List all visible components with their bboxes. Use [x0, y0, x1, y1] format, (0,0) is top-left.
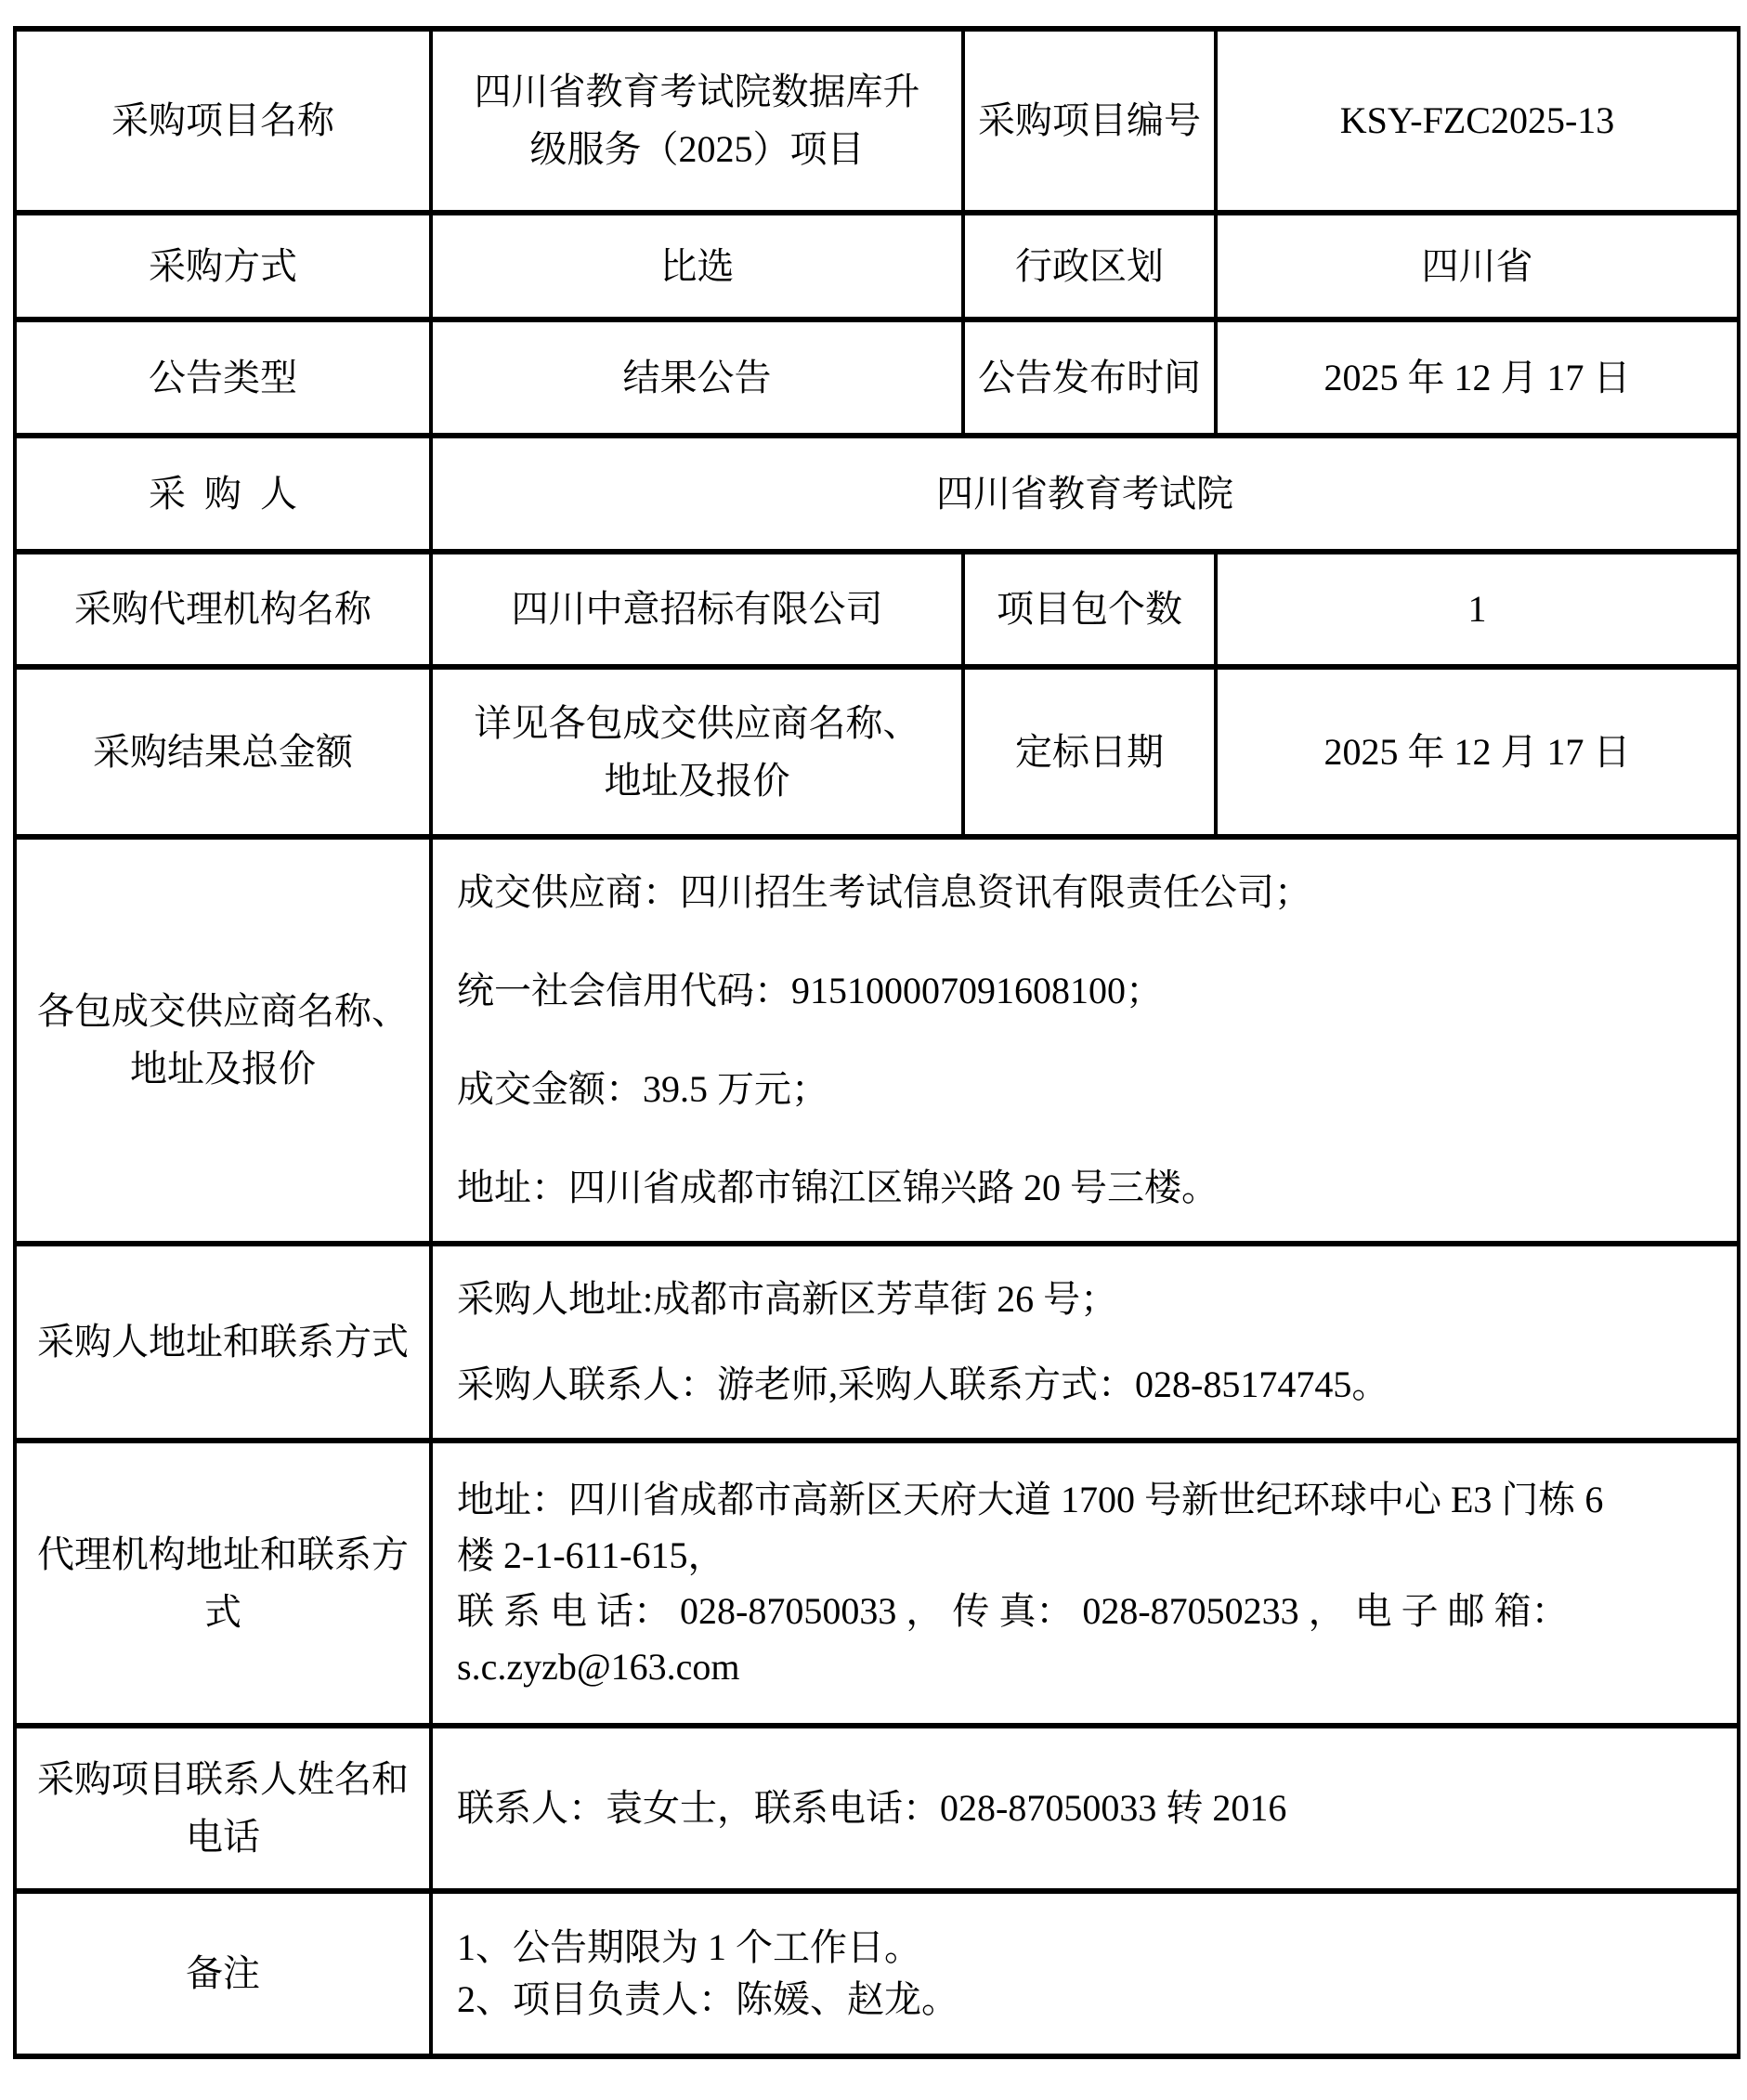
- table-row-announcement-type: 公告类型 结果公告 公告发布时间 2025 年 12 月 17 日: [15, 320, 1739, 436]
- detail-paragraph-amount: 成交金额：39.5 万元；: [457, 1067, 1718, 1112]
- field-label-package-count: 项目包个数: [963, 552, 1216, 667]
- field-value-project-number: KSY-FZC2025-13: [1216, 29, 1739, 213]
- table-row-winning-suppliers: 各包成交供应商名称、 地址及报价 成交供应商：四川招生考试信息资讯有限责任公司；…: [15, 837, 1739, 1244]
- field-label-agency-name: 采购代理机构名称: [15, 552, 431, 667]
- field-value-purchaser-contact: 采购人地址:成都市高新区芳草街 26 号； 采购人联系人：游老师,采购人联系方式…: [431, 1244, 1739, 1441]
- table-row-remarks: 备注 1、公告期限为 1 个工作日。 2、项目负责人：陈媛、赵龙。: [15, 1891, 1739, 2056]
- field-value-procurement-method: 比选: [431, 213, 963, 320]
- table-row-project-name: 采购项目名称 四川省教育考试院数据库升 级服务（2025）项目 采购项目编号 K…: [15, 29, 1739, 213]
- field-label-award-date: 定标日期: [963, 667, 1216, 837]
- table-row-project-contact: 采购项目联系人姓名和 电话 联系人：袁女士，联系电话：028-87050033 …: [15, 1726, 1739, 1891]
- field-value-award-date: 2025 年 12 月 17 日: [1216, 667, 1739, 837]
- field-label-line: 各包成交供应商名称、: [22, 983, 424, 1040]
- detail-line-remark-1: 1、公告期限为 1 个工作日。: [457, 1922, 1718, 1974]
- field-label-winning-suppliers: 各包成交供应商名称、 地址及报价: [15, 837, 431, 1244]
- table-row-total-amount: 采购结果总金额 详见各包成交供应商名称、 地址及报价 定标日期 2025 年 1…: [15, 667, 1739, 837]
- field-value-winning-suppliers: 成交供应商：四川招生考试信息资讯有限责任公司； 统一社会信用代码：9151000…: [431, 837, 1739, 1244]
- field-value-project-name: 四川省教育考试院数据库升 级服务（2025）项目: [431, 29, 963, 213]
- field-value-agency-name: 四川中意招标有限公司: [431, 552, 963, 667]
- field-value-package-count: 1: [1216, 552, 1739, 667]
- field-value-publish-date: 2025 年 12 月 17 日: [1216, 320, 1739, 436]
- field-label-project-name: 采购项目名称: [15, 29, 431, 213]
- procurement-result-table: 采购项目名称 四川省教育考试院数据库升 级服务（2025）项目 采购项目编号 K…: [13, 26, 1740, 2059]
- field-label-procurement-method: 采购方式: [15, 213, 431, 320]
- detail-line-remark-2: 2、项目负责人：陈媛、赵龙。: [457, 1974, 1718, 2026]
- field-label-admin-region: 行政区划: [963, 213, 1216, 320]
- detail-line-agency-phone-fax: 联 系 电 话： 028-87050033 ， 传 真： 028-8705023…: [457, 1584, 1718, 1639]
- field-label-purchaser-contact: 采购人地址和联系方式: [15, 1244, 431, 1441]
- field-label-agency-contact: 代理机构地址和联系方 式: [15, 1441, 431, 1726]
- field-label-project-number: 采购项目编号: [963, 29, 1216, 213]
- field-value-line: 四川省教育考试院数据库升: [440, 63, 954, 121]
- field-label-line: 电话: [22, 1808, 424, 1866]
- table-row-purchaser: 采 购 人 四川省教育考试院: [15, 436, 1739, 552]
- detail-line-agency-address-2: 楼 2-1-611-615，: [457, 1528, 1718, 1584]
- detail-paragraph-supplier-name: 成交供应商：四川招生考试信息资讯有限责任公司；: [457, 870, 1718, 915]
- field-label-remarks: 备注: [15, 1891, 431, 2056]
- detail-line-agency-address-1: 地址：四川省成都市高新区天府大道 1700 号新世纪环球中心 E3 门栋 6: [457, 1472, 1718, 1528]
- field-label-line: 采购项目联系人姓名和: [22, 1751, 424, 1808]
- field-value-line: 地址及报价: [440, 752, 954, 810]
- table-row-agency-name: 采购代理机构名称 四川中意招标有限公司 项目包个数 1: [15, 552, 1739, 667]
- field-value-purchaser: 四川省教育考试院: [431, 436, 1739, 552]
- detail-paragraph-credit-code: 统一社会信用代码：915100007091608100；: [457, 969, 1718, 1013]
- field-value-agency-contact: 地址：四川省成都市高新区天府大道 1700 号新世纪环球中心 E3 门栋 6 楼…: [431, 1441, 1739, 1726]
- detail-paragraph-supplier-address: 地址：四川省成都市锦江区锦兴路 20 号三楼。: [457, 1166, 1718, 1210]
- field-value-line: 级服务（2025）项目: [440, 121, 954, 178]
- field-value-line: 详见各包成交供应商名称、: [440, 695, 954, 752]
- field-label-project-contact: 采购项目联系人姓名和 电话: [15, 1726, 431, 1891]
- field-value-remarks: 1、公告期限为 1 个工作日。 2、项目负责人：陈媛、赵龙。: [431, 1891, 1739, 2056]
- field-value-total-amount: 详见各包成交供应商名称、 地址及报价: [431, 667, 963, 837]
- field-label-line: 地址及报价: [22, 1040, 424, 1098]
- field-label-total-amount: 采购结果总金额: [15, 667, 431, 837]
- field-label-publish-date: 公告发布时间: [963, 320, 1216, 436]
- detail-paragraph-project-contact: 联系人：袁女士，联系电话：028-87050033 转 2016: [457, 1786, 1718, 1831]
- field-label-line: 代理机构地址和联系方: [22, 1526, 424, 1584]
- field-value-admin-region: 四川省: [1216, 213, 1739, 320]
- field-label-purchaser: 采 购 人: [15, 436, 431, 552]
- announcement-page: 采购项目名称 四川省教育考试院数据库升 级服务（2025）项目 采购项目编号 K…: [0, 0, 1747, 2100]
- table-row-agency-contact: 代理机构地址和联系方 式 地址：四川省成都市高新区天府大道 1700 号新世纪环…: [15, 1441, 1739, 1726]
- field-label-line: 式: [22, 1584, 424, 1641]
- detail-paragraph-purchaser-address: 采购人地址:成都市高新区芳草街 26 号；: [457, 1277, 1718, 1322]
- table-row-procurement-method: 采购方式 比选 行政区划 四川省: [15, 213, 1739, 320]
- detail-line-agency-email: s.c.zyzb@163.com: [457, 1639, 1718, 1695]
- field-value-announcement-type: 结果公告: [431, 320, 963, 436]
- table-row-purchaser-contact: 采购人地址和联系方式 采购人地址:成都市高新区芳草街 26 号； 采购人联系人：…: [15, 1244, 1739, 1441]
- field-label-announcement-type: 公告类型: [15, 320, 431, 436]
- field-value-project-contact: 联系人：袁女士，联系电话：028-87050033 转 2016: [431, 1726, 1739, 1891]
- detail-paragraph-purchaser-phone: 采购人联系人：游老师,采购人联系方式：028-85174745。: [457, 1363, 1718, 1407]
